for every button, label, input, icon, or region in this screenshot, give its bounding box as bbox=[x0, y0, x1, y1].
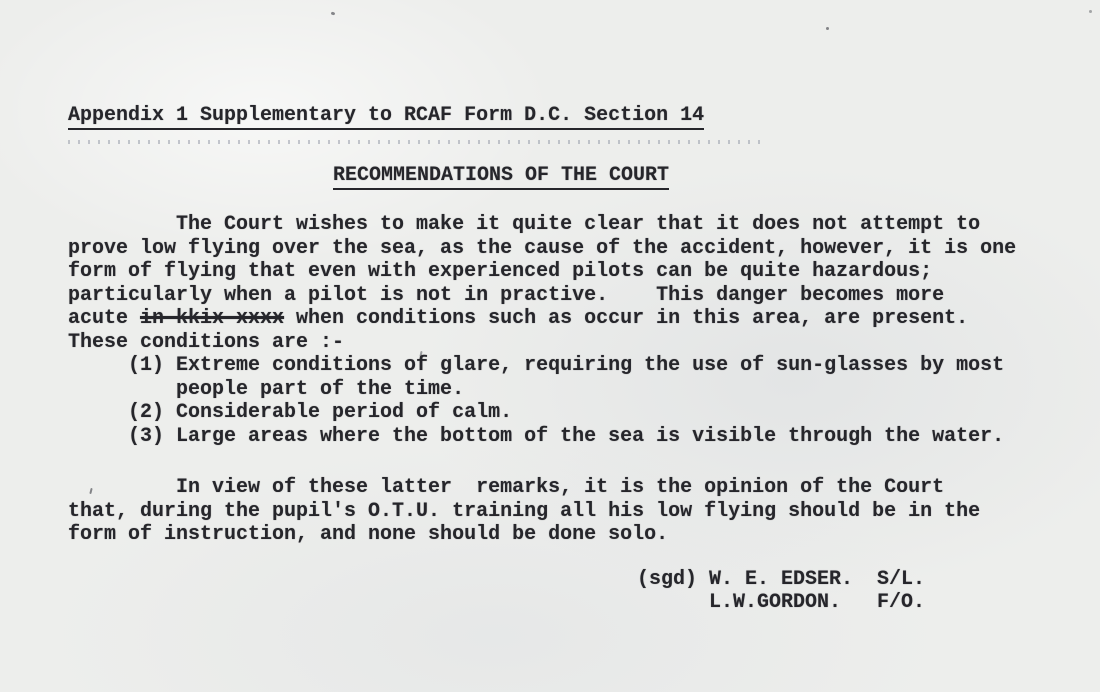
paper-speck bbox=[1089, 10, 1092, 13]
paragraph-1: The Court wishes to make it quite clear … bbox=[68, 213, 1016, 354]
signature-block: (sgd) W. E. EDSER. S/L. L.W.GORDON. F/O. bbox=[637, 568, 1016, 615]
scanned-document-page: Appendix 1 Supplementary to RCAF Form D.… bbox=[0, 0, 1100, 692]
text-line: form of instruction, and none should be … bbox=[68, 523, 1016, 547]
text-line: particularly when a pilot is not in prac… bbox=[68, 284, 1016, 308]
paper-speck bbox=[826, 27, 829, 30]
text-line: prove low flying over the sea, as the ca… bbox=[68, 237, 1016, 261]
signature-line: (sgd) W. E. EDSER. S/L. bbox=[637, 568, 1016, 592]
text-line: that, during the pupil's O.T.U. training… bbox=[68, 500, 1016, 524]
document-content: Appendix 1 Supplementary to RCAF Form D.… bbox=[68, 104, 1016, 615]
struck-out-text: in kkix xxxx bbox=[140, 307, 284, 330]
text-segment: acute bbox=[68, 307, 140, 330]
text-line: form of flying that even with experience… bbox=[68, 260, 1016, 284]
list-item: (2) Considerable period of calm. bbox=[68, 401, 1016, 425]
text-line: In view of these latter remarks, it is t… bbox=[68, 476, 1016, 500]
text-line: These conditions are :- bbox=[68, 331, 1016, 355]
signature-line: L.W.GORDON. F/O. bbox=[637, 591, 1016, 615]
paper-speck bbox=[331, 11, 336, 15]
list-item: people part of the time. bbox=[68, 378, 1016, 402]
list-item: (1) Extreme conditions of glare, requiri… bbox=[68, 354, 1016, 378]
text-line: The Court wishes to make it quite clear … bbox=[68, 213, 1016, 237]
appendix-header: Appendix 1 Supplementary to RCAF Form D.… bbox=[68, 104, 1016, 128]
perforation-dots bbox=[68, 140, 768, 144]
document-title-text: RECOMMENDATIONS OF THE COURT bbox=[333, 164, 669, 190]
text-line: acute in kkix xxxx when conditions such … bbox=[68, 307, 1016, 331]
paragraph-2: In view of these latter remarks, it is t… bbox=[68, 476, 1016, 547]
conditions-list: (1) Extreme conditions of glare, requiri… bbox=[68, 354, 1016, 448]
list-item: (3) Large areas where the bottom of the … bbox=[68, 425, 1016, 449]
appendix-header-text: Appendix 1 Supplementary to RCAF Form D.… bbox=[68, 104, 704, 130]
text-segment: when conditions such as occur in this ar… bbox=[284, 307, 968, 330]
document-title: RECOMMENDATIONS OF THE COURT bbox=[333, 164, 1016, 188]
